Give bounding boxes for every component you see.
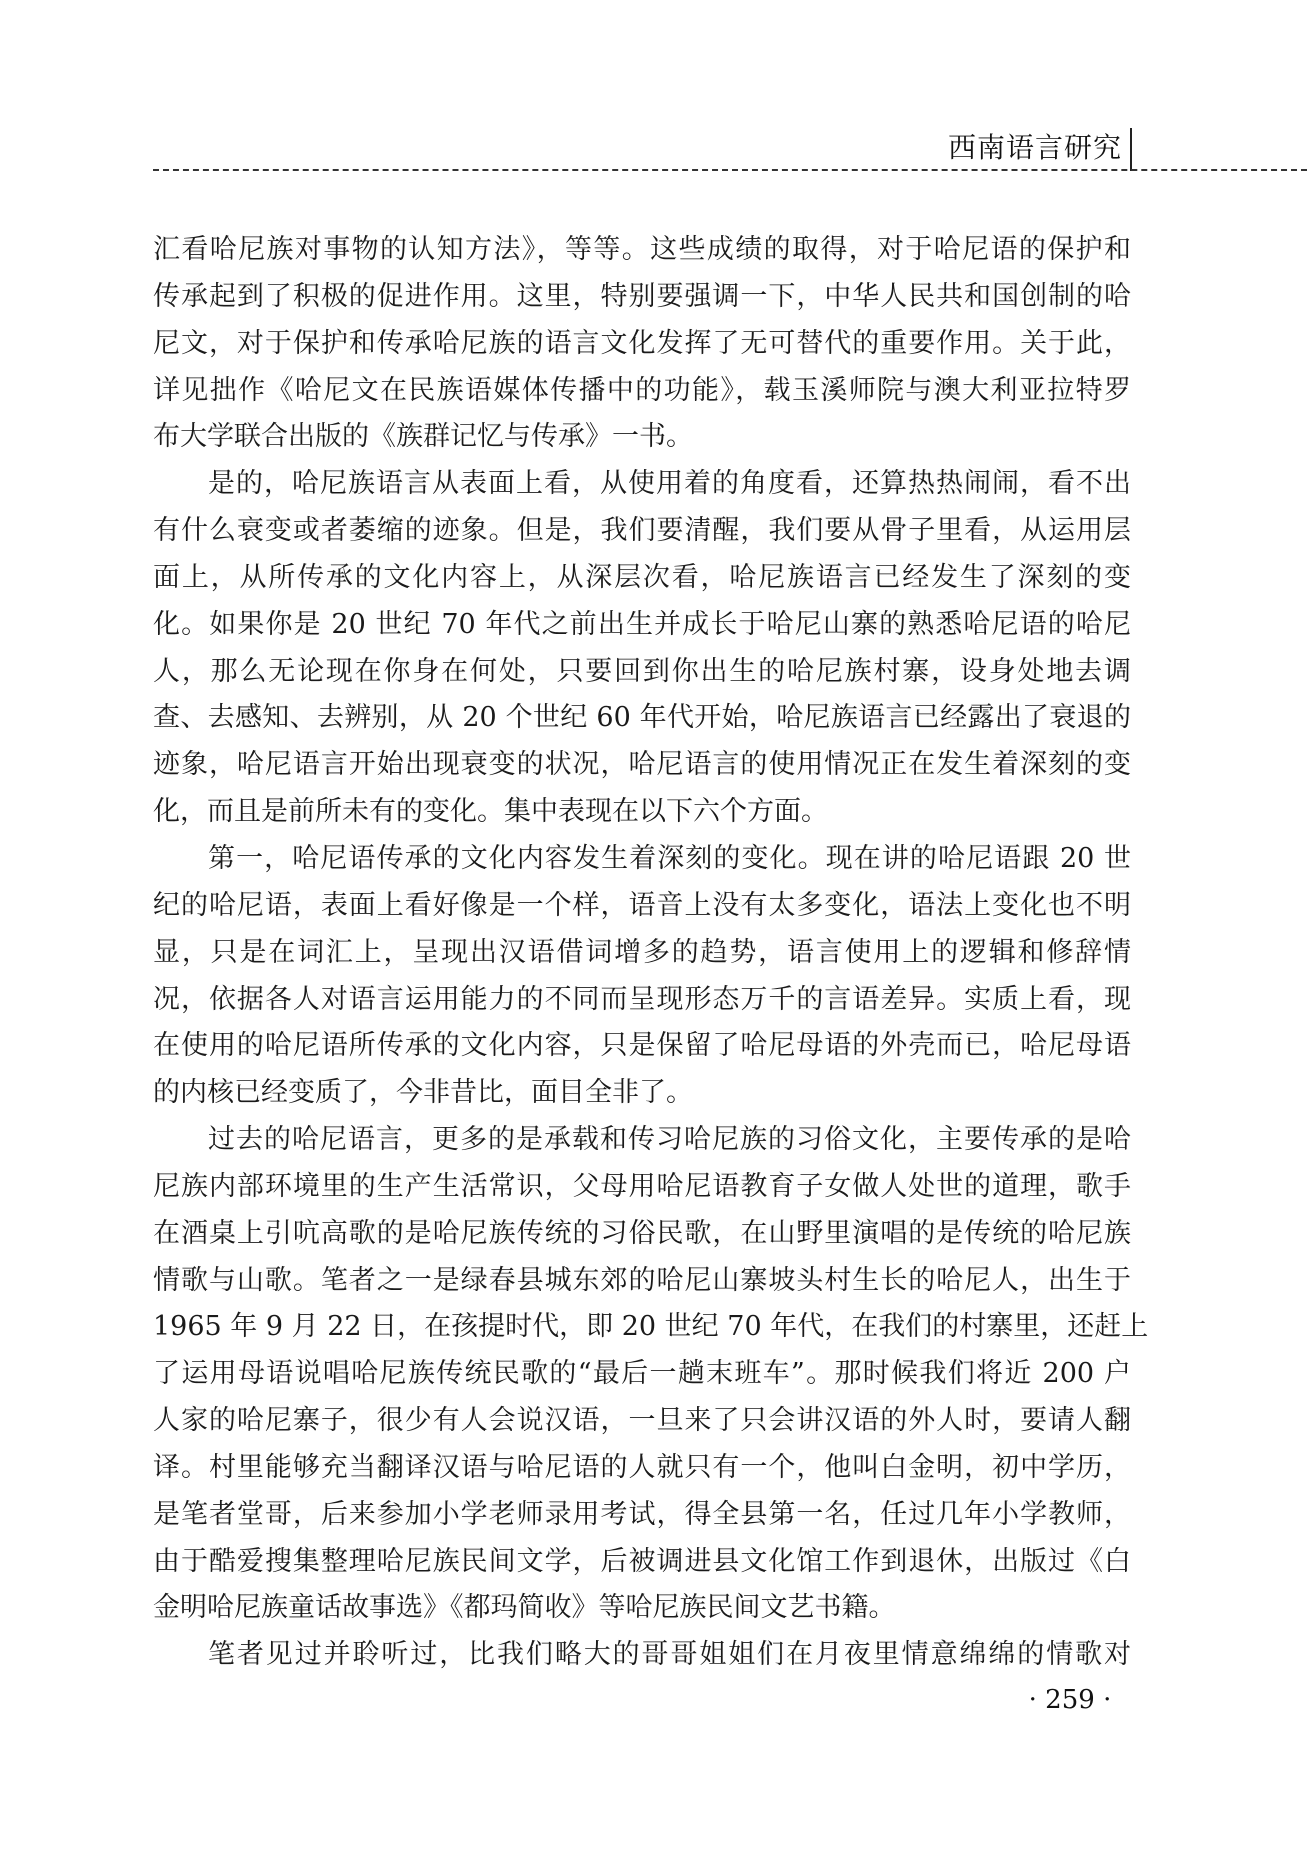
text-line: 了运用母语说唱哈尼族传统民歌的“最后一趟末班车”。那时候我们将近 200 户 [153,1351,1131,1398]
page-number: · 259 · [1020,1680,1120,1720]
header-dashed-rule [153,169,1307,171]
text-line: 是笔者堂哥，后来参加小学老师录用考试，得全县第一名，任过几年小学教师， [153,1492,1131,1539]
paragraph-first-line: 笔者见过并聆听过，比我们略大的哥哥姐姐们在月夜里情意绵绵的情歌对 [153,1632,1131,1679]
text-line: 纪的哈尼语，表面上看好像是一个样，语音上没有太多变化，语法上变化也不明 [153,883,1131,930]
text-line: 况，依据各人对语言运用能力的不同而呈现形态万千的言语差异。实质上看，现 [153,977,1131,1024]
running-header: 西南语言研究 [0,0,1307,175]
paragraph-first-line: 过去的哈尼语言，更多的是承载和传习哈尼族的习俗文化，主要传承的是哈 [153,1117,1131,1164]
text-line: 在酒桌上引吭高歌的是哈尼族传统的习俗民歌，在山野里演唱的是传统的哈尼族 [153,1211,1131,1258]
journal-title: 西南语言研究 [948,128,1122,168]
text-line: 的内核已经变质了，今非昔比，面目全非了。 [153,1070,1131,1117]
text-line: 传承起到了积极的促进作用。这里，特别要强调一下，中华人民共和国创制的哈 [153,274,1131,321]
text-line: 在使用的哈尼语所传承的文化内容，只是保留了哈尼母语的外壳而已，哈尼母语 [153,1023,1131,1070]
text-line: 译。村里能够充当翻译汉语与哈尼语的人就只有一个，他叫白金明，初中学历， [153,1445,1131,1492]
text-line: 1965 年 9 月 22 日，在孩提时代，即 20 世纪 70 年代，在我们的… [153,1304,1131,1351]
text-line: 化，而且是前所未有的变化。集中表现在以下六个方面。 [153,789,1131,836]
header-vertical-bar [1130,128,1132,171]
paragraph-first-line: 是的，哈尼族语言从表面上看，从使用着的角度看，还算热热闹闹，看不出 [153,461,1131,508]
paragraph-first-line: 第一，哈尼语传承的文化内容发生着深刻的变化。现在讲的哈尼语跟 20 世 [153,836,1131,883]
text-line: 尼族内部环境里的生产生活常识，父母用哈尼语教育子女做人处世的道理，歌手 [153,1164,1131,1211]
text-line: 人，那么无论现在你身在何处，只要回到你出生的哈尼族村寨，设身处地去调 [153,649,1131,696]
text-line: 迹象，哈尼语言开始出现衰变的状况，哈尼语言的使用情况正在发生着深刻的变 [153,742,1131,789]
text-line: 尼文，对于保护和传承哈尼族的语言文化发挥了无可替代的重要作用。关于此， [153,321,1131,368]
text-line: 布大学联合出版的《族群记忆与传承》一书。 [153,414,1131,461]
text-line: 人家的哈尼寨子，很少有人会说汉语，一旦来了只会讲汉语的外人时，要请人翻 [153,1398,1131,1445]
body-text: 汇看哈尼族对事物的认知方法》，等等。这些成绩的取得，对于哈尼语的保护和传承起到了… [153,227,1131,1679]
text-line: 有什么衰变或者萎缩的迹象。但是，我们要清醒，我们要从骨子里看，从运用层 [153,508,1131,555]
text-line: 面上，从所传承的文化内容上，从深层次看，哈尼族语言已经发生了深刻的变 [153,555,1131,602]
text-line: 由于酷爱搜集整理哈尼族民间文学，后被调进县文化馆工作到退休，出版过《白 [153,1539,1131,1586]
text-line: 详见拙作《哈尼文在民族语媒体传播中的功能》，载玉溪师院与澳大利亚拉特罗 [153,368,1131,415]
text-line: 查、去感知、去辨别，从 20 个世纪 60 年代开始，哈尼族语言已经露出了衰退的 [153,695,1131,742]
text-line: 汇看哈尼族对事物的认知方法》，等等。这些成绩的取得，对于哈尼语的保护和 [153,227,1131,274]
text-line: 化。如果你是 20 世纪 70 年代之前出生并成长于哈尼山寨的熟悉哈尼语的哈尼 [153,602,1131,649]
text-line: 情歌与山歌。笔者之一是绿春县城东郊的哈尼山寨坡头村生长的哈尼人，出生于 [153,1258,1131,1305]
text-line: 显，只是在词汇上，呈现出汉语借词增多的趋势，语言使用上的逻辑和修辞情 [153,930,1131,977]
text-line: 金明哈尼族童话故事选》《都玛简收》等哈尼族民间文艺书籍。 [153,1585,1131,1632]
